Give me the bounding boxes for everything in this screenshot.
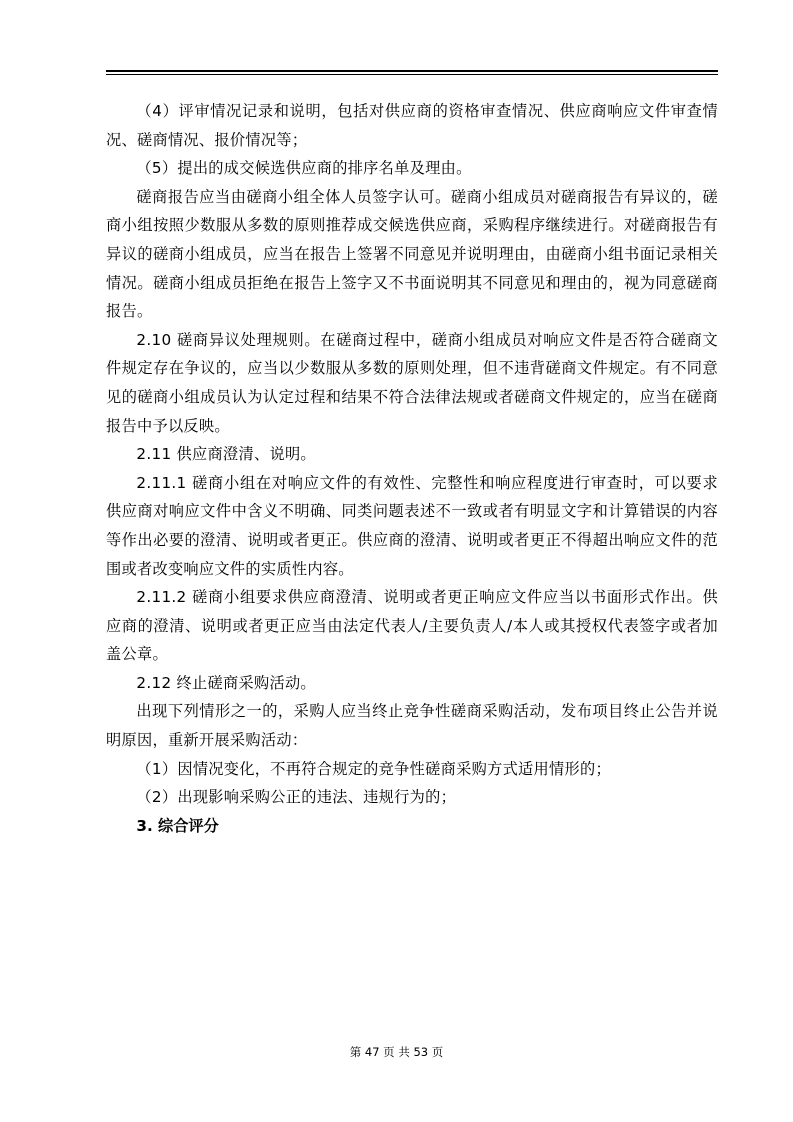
paragraph-condition-2: （2）出现影响采购公正的违法、违规行为的； — [106, 783, 718, 812]
header-double-rule — [106, 70, 718, 75]
paragraph-candidate-ranking: （5）提出的成交候选供应商的排序名单及理由。 — [106, 154, 718, 183]
paragraph-2-11-clarification: 2.11 供应商澄清、说明。 — [106, 440, 718, 469]
paragraph-2-11-2: 2.11.2 磋商小组要求供应商澄清、说明或者更正响应文件应当以书面形式作出。供… — [106, 583, 718, 669]
document-body: （4）评审情况记录和说明，包括对供应商的资格审查情况、供应商响应文件审查情况、磋… — [106, 97, 718, 840]
paragraph-2-11-1: 2.11.1 磋商小组在对响应文件的有效性、完整性和响应程度进行审查时，可以要求… — [106, 469, 718, 583]
paragraph-review-record: （4）评审情况记录和说明，包括对供应商的资格审查情况、供应商响应文件审查情况、磋… — [106, 97, 718, 154]
section-heading-comprehensive-scoring: 3. 综合评分 — [106, 812, 718, 841]
paragraph-condition-1: （1）因情况变化，不再符合规定的竞争性磋商采购方式适用情形的； — [106, 755, 718, 784]
paragraph-termination-conditions: 出现下列情形之一的，采购人应当终止竞争性磋商采购活动，发布项目终止公告并说明原因… — [106, 697, 718, 754]
paragraph-2-10-objection-rules: 2.10 磋商异议处理规则。在磋商过程中，磋商小组成员对响应文件是否符合磋商文件… — [106, 326, 718, 440]
page-number-footer: 第 47 页 共 53 页 — [0, 1044, 793, 1060]
paragraph-2-12-termination: 2.12 终止磋商采购活动。 — [106, 669, 718, 698]
paragraph-report-signing: 磋商报告应当由磋商小组全体人员签字认可。磋商小组成员对磋商报告有异议的，磋商小组… — [106, 183, 718, 326]
